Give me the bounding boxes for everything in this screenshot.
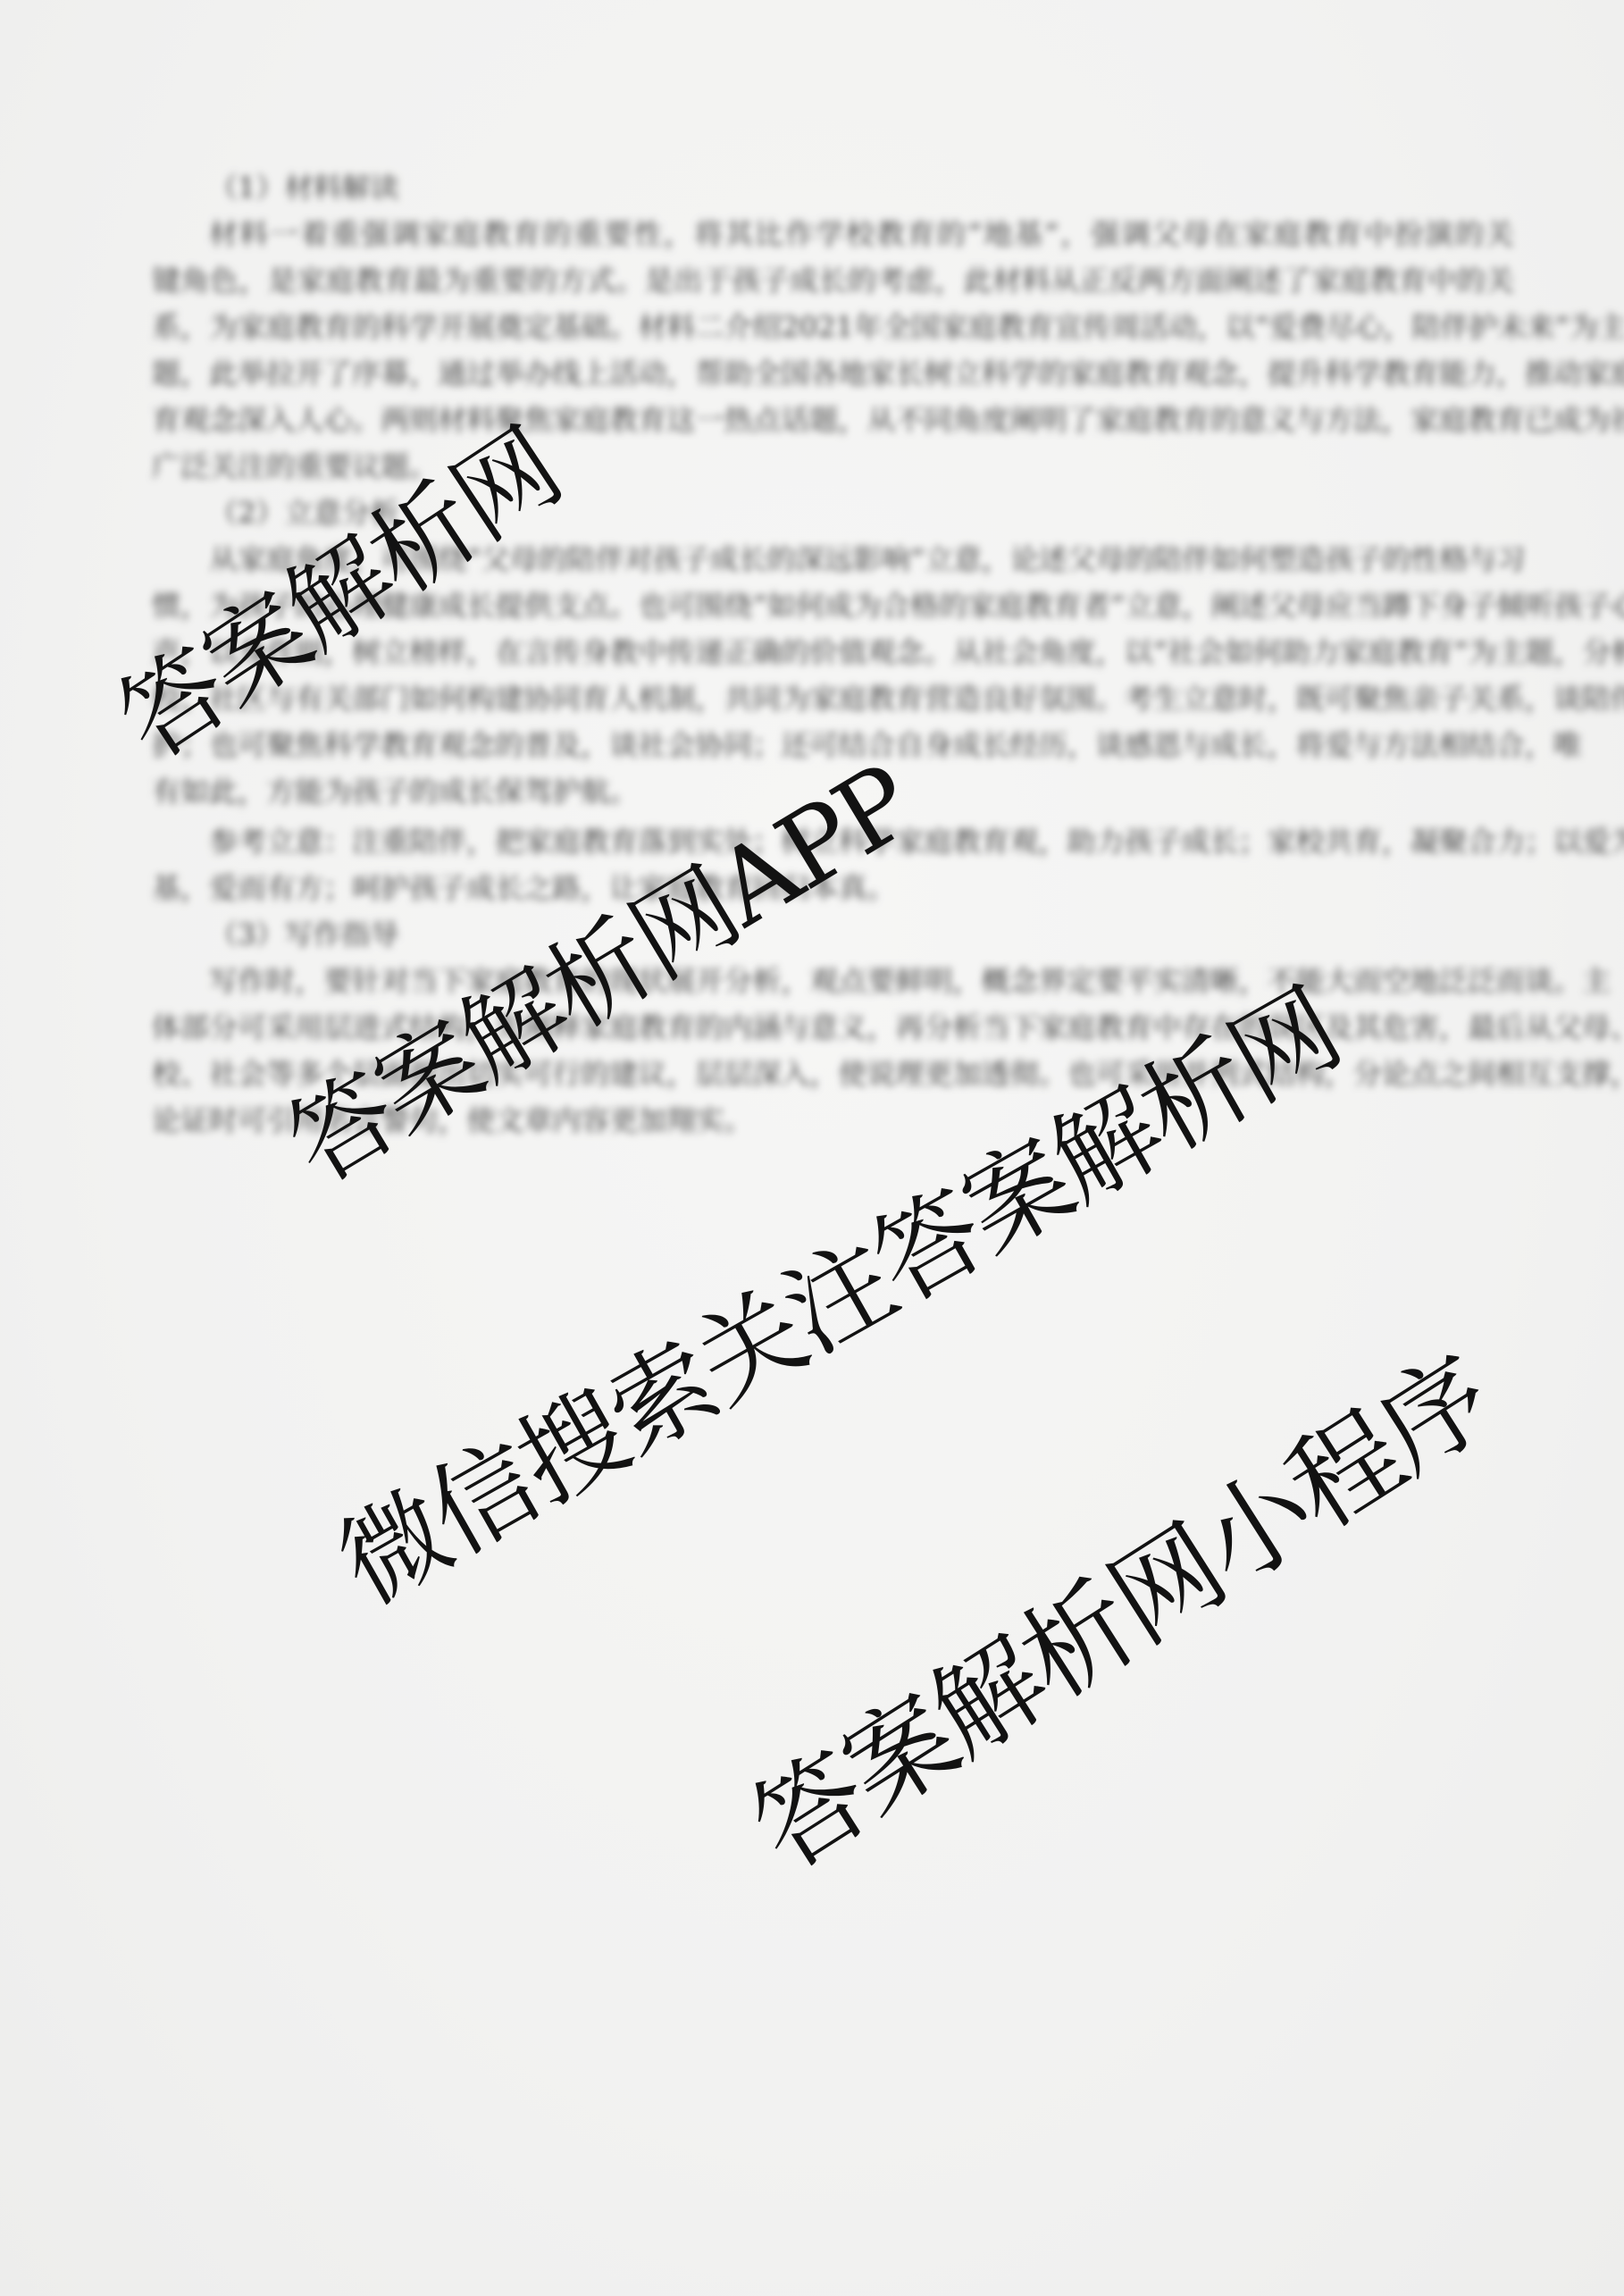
watermark-site-app: 答案解析网APP bbox=[273, 750, 927, 1200]
watermark-layer: 答案解析网答案解析网APP微信搜索关注答案解析网答案解析网小程序 bbox=[0, 0, 1624, 2296]
watermark-mini-program: 答案解析网小程序 bbox=[736, 1340, 1508, 1887]
watermark-site-name: 答案解析网 bbox=[104, 415, 576, 776]
document-page: （1）材料解读材料一着重强调家庭教育的重要性，将其比作学校教育的“地基”，强调父… bbox=[0, 0, 1624, 2296]
